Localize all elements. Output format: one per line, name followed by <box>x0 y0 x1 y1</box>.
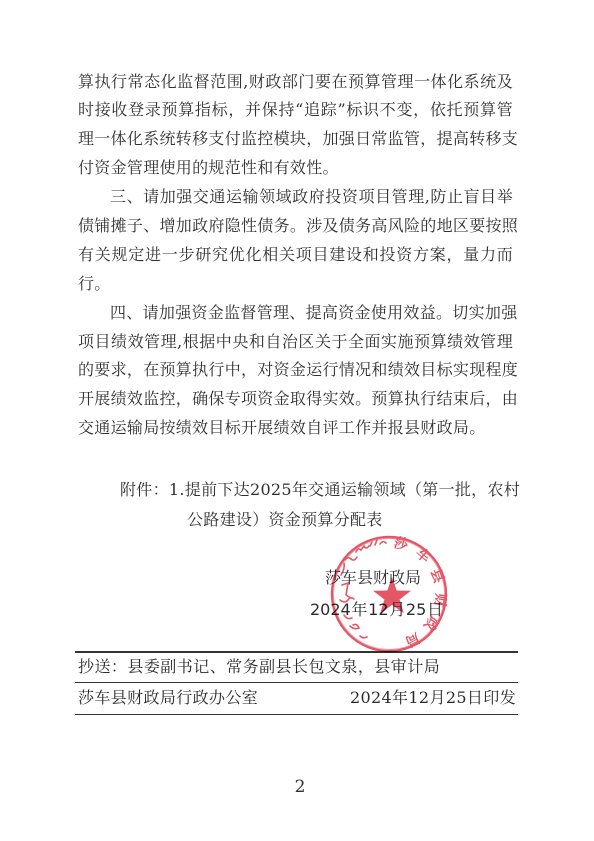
body-line: 债铺摊子、增加政府隐性债务。涉及债务高风险的地区要按照 <box>78 212 513 241</box>
body-line: 理一体化系统转移支付监控模块，加强日常监管，提高转移支 <box>78 125 513 154</box>
body-line: 项目绩效管理,根据中央和自治区关于全面实施预算绩效管理 <box>78 328 513 357</box>
signature-issuer: 莎车县财政局 <box>325 568 418 588</box>
body-line: 算执行常态化监督范围,财政部门要在预算管理一体化系统及 <box>78 68 513 97</box>
section-heading-line: 四、请加强资金监督管理、提高资金使用效益。切实加强 <box>78 299 513 328</box>
section-heading-line: 三、请加强交通运输领域政府投资项目管理,防止盲目举 <box>78 183 513 212</box>
seal-text: 莎车县财政局 <box>392 534 449 650</box>
document-body: 算执行常态化监督范围,财政部门要在预算管理一体化系统及 时接收登录预算指标，并保… <box>78 68 513 444</box>
footer-rule-bottom <box>75 714 518 716</box>
footer-issue-date: 2024年12月25日印发 <box>350 687 516 709</box>
footer-rule-top <box>75 651 518 653</box>
seal-ring <box>332 537 446 651</box>
seal-uyghur-script-decoration <box>340 540 386 638</box>
body-line: 行。 <box>78 270 513 299</box>
attachment-line: 公路建设）资金预算分配表 <box>187 505 387 535</box>
body-line: 有关规定进一步研究优化相关项目建设和投资方案，量力而 <box>78 241 513 270</box>
body-line: 交通运输局按绩效目标开展绩效自评工作并报县财政局。 <box>78 414 513 443</box>
body-line: 时接收登录预算指标，并保持“追踪”标识不变，依托预算管 <box>78 96 513 125</box>
page-number: 2 <box>285 776 315 798</box>
document-page: 算执行常态化监督范围,财政部门要在预算管理一体化系统及 时接收登录预算指标，并保… <box>0 0 594 841</box>
footer-issuing-office: 莎车县财政局行政办公室 <box>78 687 258 709</box>
body-line: 付资金管理使用的规范性和有效性。 <box>78 154 513 183</box>
attachment-line: 附件：1.提前下达2025年交通运输领域（第一批，农村 <box>120 475 508 505</box>
svg-text:莎车县财政局: 莎车县财政局 <box>392 534 449 650</box>
body-line: 的要求，在预算执行中，对资金运行情况和绩效目标实现程度 <box>78 356 513 385</box>
paragraph-section-three: 三、请加强交通运输领域政府投资项目管理,防止盲目举 债铺摊子、增加政府隐性债务。… <box>78 183 513 299</box>
footer-rule-middle <box>75 682 518 683</box>
footer-cc-recipients: 抄送：县委副书记、常务副县长包文泉，县审计局 <box>78 656 440 678</box>
signature-date: 2024年12月25日 <box>310 600 443 620</box>
paragraph-section-four: 四、请加强资金监督管理、提高资金使用效益。切实加强 项目绩效管理,根据中央和自治… <box>78 299 513 443</box>
body-line: 开展绩效监控，确保专项资金取得实效。预算执行结束后，由 <box>78 385 513 414</box>
paragraph-budget-monitoring: 算执行常态化监督范围,财政部门要在预算管理一体化系统及 时接收登录预算指标，并保… <box>78 68 513 184</box>
